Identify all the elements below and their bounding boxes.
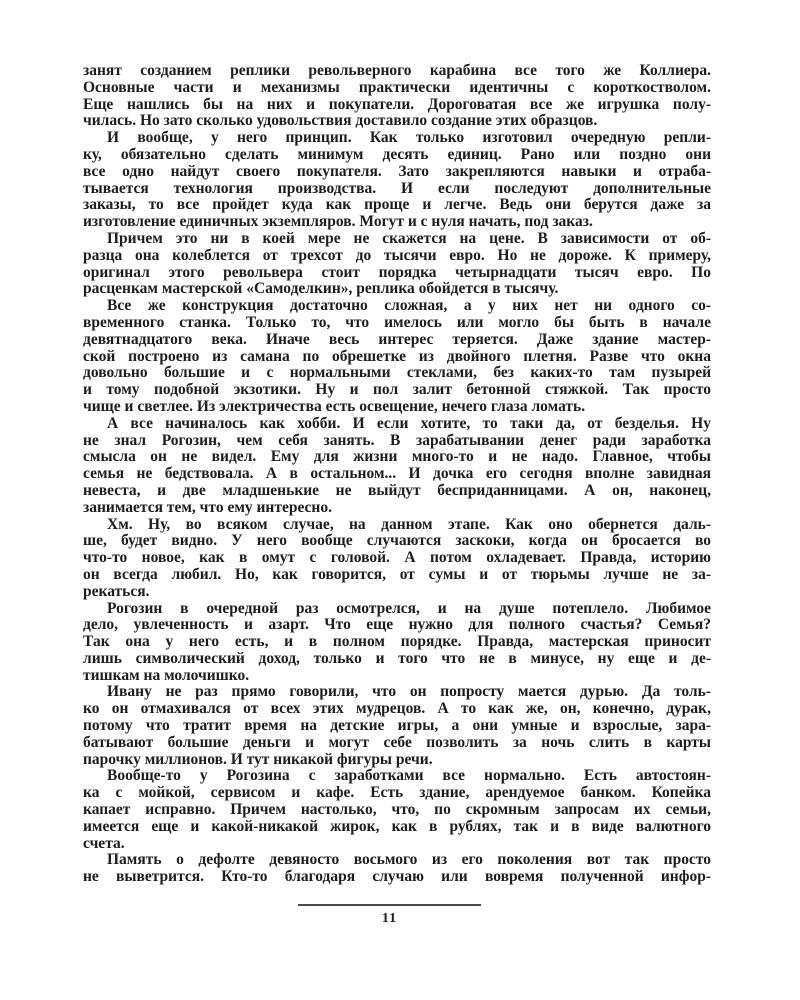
paragraph: Ивану не раз прямо говорили, что он попр…	[83, 684, 711, 768]
text-line: ше, будет видно. У него вообще случаются…	[83, 533, 711, 550]
text-line: Память о дефолте девяносто восьмого из е…	[83, 852, 711, 869]
paragraph: Все же конструкция достаточно сложная, а…	[83, 298, 711, 416]
text-line: капает исправно. Причем настолько, что, …	[83, 802, 711, 819]
text-line: имеется еще и какой-никакой жирок, как в…	[83, 819, 711, 836]
text-line: временного станка. Только то, что имелос…	[83, 315, 711, 332]
text-line: и тому подобной экзотики. Ну и пол залит…	[83, 382, 711, 399]
text-line: Ивану не раз прямо говорили, что он попр…	[83, 684, 711, 701]
text-line: все одно найдут своего покупателя. Зато …	[83, 164, 711, 181]
text-line: дело, увлеченность и азарт. Что еще нужн…	[83, 617, 711, 634]
text-line: смысла он не видел. Ему для жизни много-…	[83, 449, 711, 466]
text-line: довольно большие и с нормальными стеклам…	[83, 365, 711, 382]
text-line: занят созданием реплики револьверного ка…	[83, 63, 711, 80]
paragraph: Память о дефолте девяносто восьмого из е…	[83, 852, 711, 886]
text-line: невеста, и две младшенькие не выйдут бес…	[83, 483, 711, 500]
paragraph: Причем это ни в коей мере не скажется на…	[83, 231, 711, 298]
footer-divider	[298, 904, 481, 906]
text-line: чище и светлее. Из электричества есть ос…	[83, 399, 711, 416]
text-line: батывают большие деньги и могут себе поз…	[83, 735, 711, 752]
text-line: расценкам мастерской «Самоделкин», репли…	[83, 281, 711, 298]
text-line: не выветрится. Кто-то благодаря случаю и…	[83, 869, 711, 886]
text-line: Рогозин в очередной раз осмотрелся, и на…	[83, 601, 711, 618]
text-line: счета.	[83, 836, 711, 853]
paragraph: Вообще-то у Рогозина с заработками все н…	[83, 768, 711, 852]
text-line: что-то новое, как в омут с головой. А по…	[83, 550, 711, 567]
paragraph: А все начиналось как хобби. И если хотит…	[83, 416, 711, 517]
text-line: изготовление единичных экземпляров. Могу…	[83, 214, 711, 231]
text-line: ка с мойкой, сервисом и кафе. Есть здани…	[83, 785, 711, 802]
paragraph: занят созданием реплики револьверного ка…	[83, 63, 711, 130]
text-line: не знал Рогозин, чем себя занять. В зара…	[83, 433, 711, 450]
text-line: Вообще-то у Рогозина с заработками все н…	[83, 768, 711, 785]
text-line: лишь символический доход, только и того …	[83, 651, 711, 668]
text-line: А все начиналось как хобби. И если хотит…	[83, 416, 711, 433]
paragraph: И вообще, у него принцип. Как только изг…	[83, 130, 711, 231]
book-page: занят созданием реплики револьверного ка…	[0, 0, 800, 1000]
text-line: тывается технология производства. И если…	[83, 181, 711, 198]
text-line: оригинал этого револьвера стоит порядка …	[83, 265, 711, 282]
text-line: потому что тратит время на детские игры,…	[83, 718, 711, 735]
text-block: занят созданием реплики револьверного ка…	[83, 63, 711, 886]
text-line: разца она колеблется от трехсот до тысяч…	[83, 248, 711, 265]
text-line: заказы, то все пройдет куда как проще и …	[83, 197, 711, 214]
text-line: девятнадцатого века. Иначе весь интерес …	[83, 332, 711, 349]
paragraph: Рогозин в очередной раз осмотрелся, и на…	[83, 601, 711, 685]
text-line: Еще нашлись бы на них и покупатели. Доро…	[83, 97, 711, 114]
text-line: чилась. Но зато сколько удовольствия дос…	[83, 113, 711, 130]
text-line: семья не бедствовала. А в остальном... И…	[83, 466, 711, 483]
text-line: ко он отмахивался от всех этих мудрецов.…	[83, 701, 711, 718]
paragraph: Хм. Ну, во всяком случае, на данном этап…	[83, 517, 711, 601]
text-line: Все же конструкция достаточно сложная, а…	[83, 298, 711, 315]
text-line: парочку миллионов. И тут никакой фигуры …	[83, 752, 711, 769]
text-line: Основные части и механизмы практически и…	[83, 80, 711, 97]
text-line: ской построено из самана по обрешетке из…	[83, 349, 711, 366]
text-line: Причем это ни в коей мере не скажется на…	[83, 231, 711, 248]
page-number: 11	[298, 911, 481, 927]
text-line: И вообще, у него принцип. Как только изг…	[83, 130, 711, 147]
text-line: ку, обязательно сделать минимум десять е…	[83, 147, 711, 164]
text-line: Так она у него есть, и в полном порядке.…	[83, 634, 711, 651]
text-line: занимается тем, что ему интересно.	[83, 500, 711, 517]
text-line: тишкам на молочишко.	[83, 668, 711, 685]
text-line: Хм. Ну, во всяком случае, на данном этап…	[83, 517, 711, 534]
text-line: он всегда любил. Но, как говорится, от с…	[83, 567, 711, 584]
text-line: рекаться.	[83, 584, 711, 601]
